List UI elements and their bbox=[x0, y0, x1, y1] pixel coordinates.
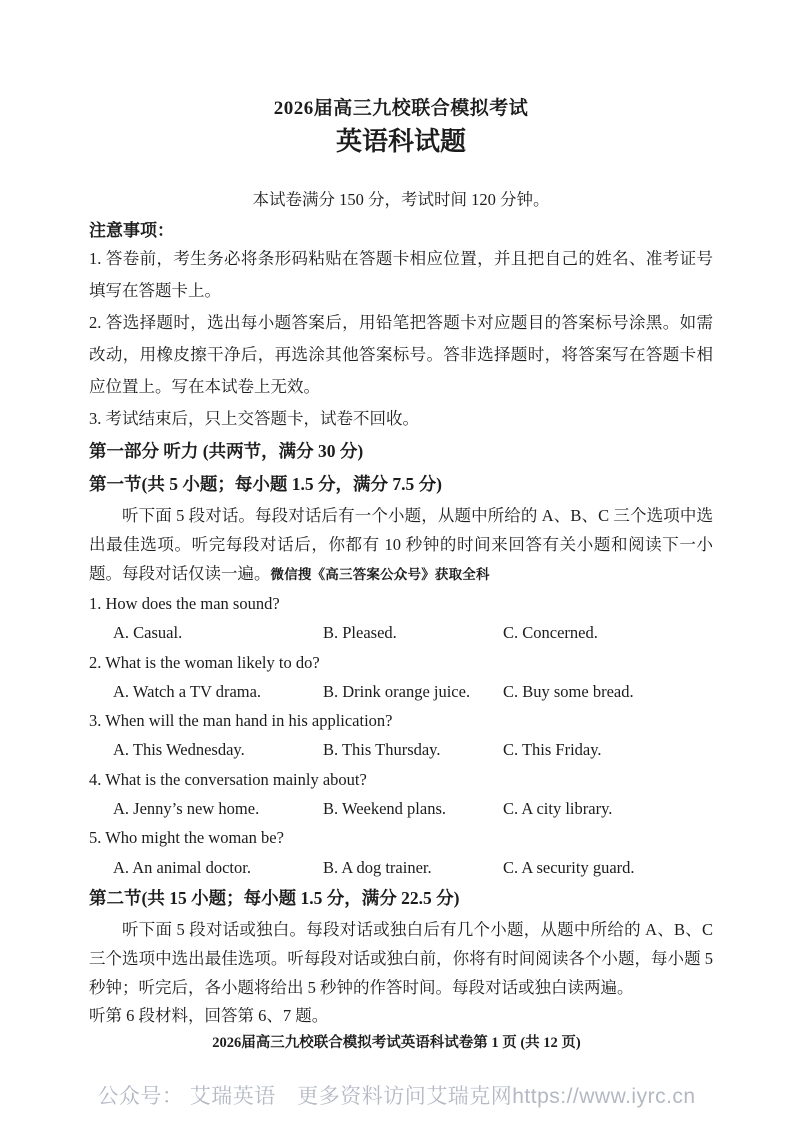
options-row: A. An animal doctor. B. A dog trainer. C… bbox=[89, 853, 713, 882]
options-row: A. This Wednesday. B. This Thursday. C. … bbox=[89, 735, 713, 764]
section2-heading: 第二节(共 15 小题；每小题 1.5 分，满分 22.5 分) bbox=[89, 882, 713, 915]
page-footer: 2026届高三九校联合模拟考试英语科试卷第 1 页 (共 12 页) bbox=[0, 1033, 793, 1053]
question-2: 2. What is the woman likely to do? A. Wa… bbox=[89, 648, 713, 707]
option-b: B. A dog trainer. bbox=[323, 853, 503, 882]
notice-heading: 注意事项： bbox=[89, 219, 713, 243]
watermark: 公众号： 艾瑞英语 更多资料访问艾瑞克网https://www.iyrc.cn bbox=[0, 1083, 793, 1111]
option-a: A. This Wednesday. bbox=[113, 735, 323, 764]
question-4: 4. What is the conversation mainly about… bbox=[89, 765, 713, 824]
option-c: C. Concerned. bbox=[503, 618, 713, 647]
notice-item-2: 2. 答选择题时，选出每小题答案后，用铅笔把答题卡对应题目的答案标号涂黑。如需改… bbox=[89, 307, 713, 403]
option-c: C. A city library. bbox=[503, 794, 713, 823]
option-c: C. This Friday. bbox=[503, 735, 713, 764]
notice-item-3: 3. 考试结束后，只上交答题卡，试卷不回收。 bbox=[89, 403, 713, 435]
option-a: A. Jenny’s new home. bbox=[113, 794, 323, 823]
question-1: 1. How does the man sound? A. Casual. B.… bbox=[89, 589, 713, 648]
material-note: 听第 6 段材料，回答第 6、7 题。 bbox=[89, 1002, 713, 1030]
part1-heading: 第一部分 听力 (共两节，满分 30 分) bbox=[89, 435, 713, 468]
option-c: C. Buy some bread. bbox=[503, 677, 713, 706]
option-a: A. An animal doctor. bbox=[113, 853, 323, 882]
question-text: 3. When will the man hand in his applica… bbox=[89, 706, 713, 735]
option-b: B. This Thursday. bbox=[323, 735, 503, 764]
question-3: 3. When will the man hand in his applica… bbox=[89, 706, 713, 765]
option-a: A. Watch a TV drama. bbox=[113, 677, 323, 706]
option-b: B. Drink orange juice. bbox=[323, 677, 503, 706]
question-text: 1. How does the man sound? bbox=[89, 589, 713, 618]
options-row: A. Watch a TV drama. B. Drink orange jui… bbox=[89, 677, 713, 706]
option-c: C. A security guard. bbox=[503, 853, 713, 882]
question-text: 2. What is the woman likely to do? bbox=[89, 648, 713, 677]
option-a: A. Casual. bbox=[113, 618, 323, 647]
options-row: A. Casual. B. Pleased. C. Concerned. bbox=[89, 618, 713, 647]
page-content: 2026届高三九校联合模拟考试 英语科试题 本试卷满分 150 分，考试时间 1… bbox=[0, 0, 793, 1030]
option-b: B. Pleased. bbox=[323, 618, 503, 647]
question-5: 5. Who might the woman be? A. An animal … bbox=[89, 823, 713, 882]
exam-info: 本试卷满分 150 分，考试时间 120 分钟。 bbox=[89, 189, 713, 211]
question-text: 5. Who might the woman be? bbox=[89, 823, 713, 852]
section2-intro: 听下面 5 段对话或独白。每段对话或独白后有几个小题，从题中所给的 A、B、C … bbox=[89, 915, 713, 1002]
notice-item-1: 1. 答卷前，考生务必将条形码粘贴在答题卡相应位置，并且把自己的姓名、准考证号填… bbox=[89, 243, 713, 307]
exam-title: 2026届高三九校联合模拟考试 bbox=[89, 97, 713, 121]
section1-intro: 听下面 5 段对话。每段对话后有一个小题，从题中所给的 A、B、C 三个选项中选… bbox=[89, 501, 713, 589]
option-b: B. Weekend plans. bbox=[323, 794, 503, 823]
options-row: A. Jenny’s new home. B. Weekend plans. C… bbox=[89, 794, 713, 823]
question-text: 4. What is the conversation mainly about… bbox=[89, 765, 713, 794]
exam-paper-page: 2026届高三九校联合模拟考试 英语科试题 本试卷满分 150 分，考试时间 1… bbox=[0, 0, 793, 1121]
exam-subtitle: 英语科试题 bbox=[89, 125, 713, 159]
section1-heading: 第一节(共 5 小题；每小题 1.5 分，满分 7.5 分) bbox=[89, 468, 713, 501]
promo-note: 微信搜《高三答案公众号》获取全科 bbox=[271, 567, 490, 582]
